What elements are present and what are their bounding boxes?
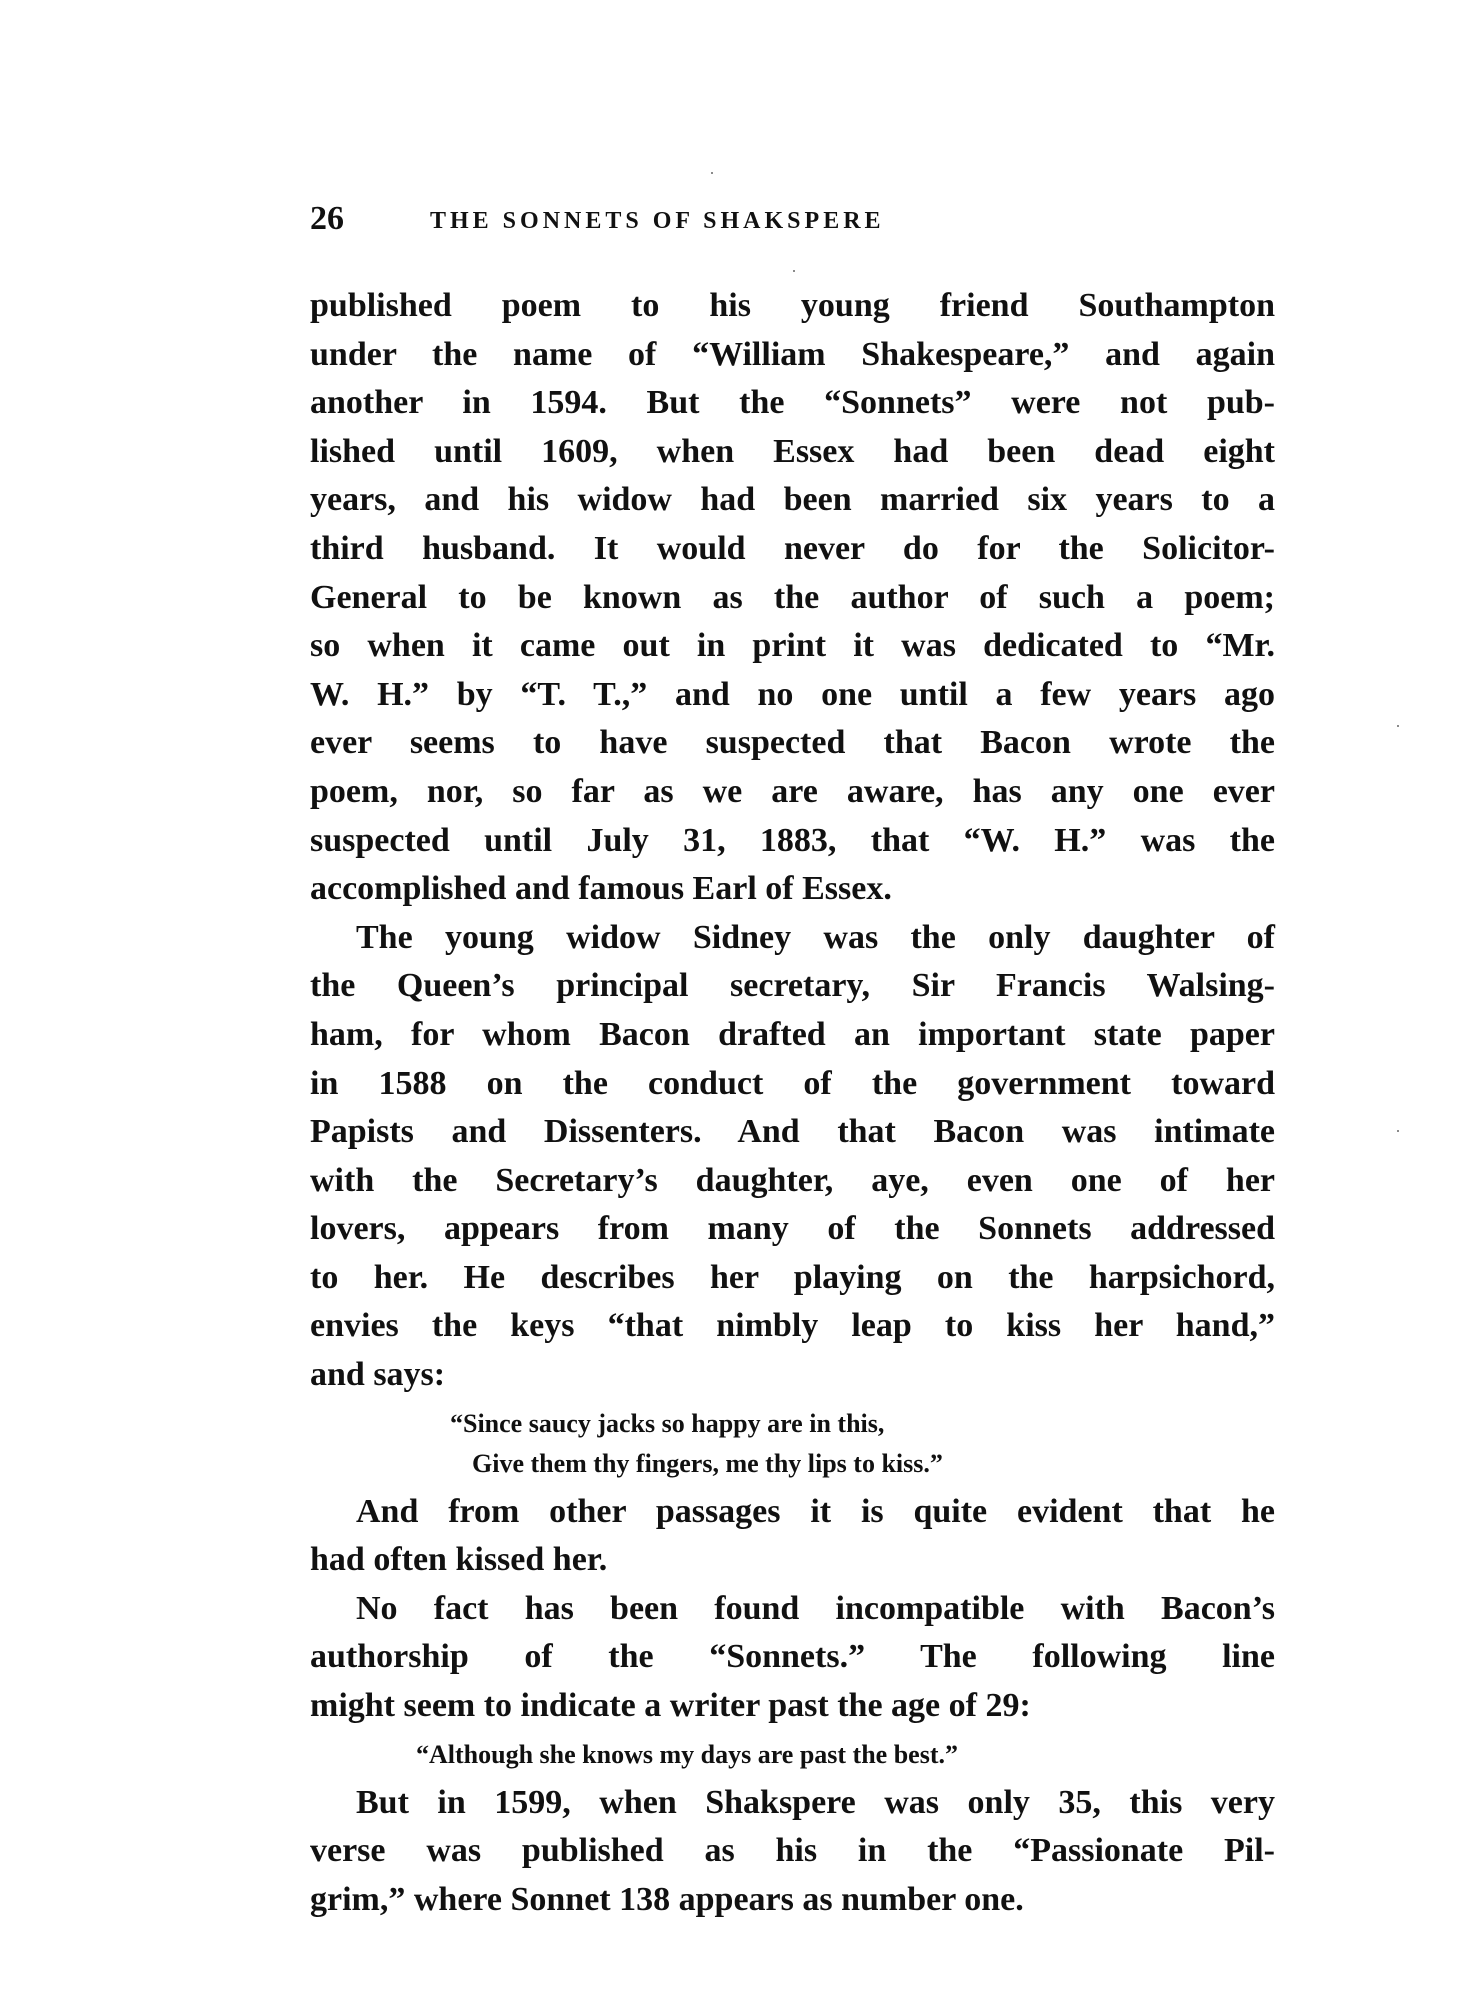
text-line: lovers, appears from many of the Sonnets… [310,1205,1275,1254]
text-line: ever seems to have suspected that Bacon … [310,719,1275,768]
quote-line: “Since saucy jacks so happy are in this, [310,1404,1275,1444]
text-line: No fact has been found incompatible with… [310,1585,1275,1634]
text-line: envies the keys “that nimbly leap to kis… [310,1302,1275,1351]
paragraph-4: No fact has been found incompatible with… [310,1585,1275,1731]
text-line: published poem to his young friend South… [310,282,1275,331]
text-line: The young widow Sidney was the only daug… [310,914,1275,963]
paragraph-2: The young widow Sidney was the only daug… [310,914,1275,1400]
paragraph-5: But in 1599, when Shakspere was only 35,… [310,1779,1275,1925]
text-line: grim,” where Sonnet 138 appears as numbe… [310,1876,1275,1925]
text-line: ham, for whom Bacon drafted an important… [310,1011,1275,1060]
text-line: another in 1594. But the “Sonnets” were … [310,379,1275,428]
text-line: Papists and Dissenters. And that Bacon w… [310,1108,1275,1157]
text-line: had often kissed her. [310,1536,1275,1585]
scan-speck [793,270,795,272]
text-line: might seem to indicate a writer past the… [310,1682,1275,1731]
text-line: to her. He describes her playing on the … [310,1254,1275,1303]
block-quote-2: “Although she knows my days are past the… [310,1735,1275,1775]
text-line: verse was published as his in the “Passi… [310,1827,1275,1876]
quote-line: Give them thy fingers, me thy lips to ki… [310,1444,1275,1484]
text-line: accomplished and famous Earl of Essex. [310,865,1275,914]
block-quote-1: “Since saucy jacks so happy are in this,… [310,1404,1275,1484]
scan-speck [1397,1130,1399,1132]
text-line: poem, nor, so far as we are aware, has a… [310,768,1275,817]
text-line: with the Secretary’s daughter, aye, even… [310,1157,1275,1206]
page-number: 26 [310,200,344,238]
text-line: General to be known as the author of suc… [310,574,1275,623]
text-line: years, and his widow had been married si… [310,476,1275,525]
quote-line: “Although she knows my days are past the… [310,1735,1275,1775]
scan-speck [711,172,713,174]
text-line: But in 1599, when Shakspere was only 35,… [310,1779,1275,1828]
text-line: authorship of the “Sonnets.” The followi… [310,1633,1275,1682]
text-line: and says: [310,1351,1275,1400]
text-line: so when it came out in print it was dedi… [310,622,1275,671]
text-line: lished until 1609, when Essex had been d… [310,428,1275,477]
text-line: in 1588 on the conduct of the government… [310,1060,1275,1109]
text-line: the Queen’s principal secretary, Sir Fra… [310,962,1275,1011]
paragraph-1: published poem to his young friend South… [310,282,1275,914]
running-header: 26 THE SONNETS OF SHAKSPERE [310,200,1275,244]
running-title: THE SONNETS OF SHAKSPERE [430,208,885,235]
text-line: under the name of “William Shakespeare,”… [310,331,1275,380]
text-line: third husband. It would never do for the… [310,525,1275,574]
scan-speck [1397,725,1399,727]
page-body: published poem to his young friend South… [310,282,1275,1924]
text-line: W. H.” by “T. T.,” and no one until a fe… [310,671,1275,720]
paragraph-3: And from other passages it is quite evid… [310,1488,1275,1585]
text-line: And from other passages it is quite evid… [310,1488,1275,1537]
text-line: suspected until July 31, 1883, that “W. … [310,817,1275,866]
